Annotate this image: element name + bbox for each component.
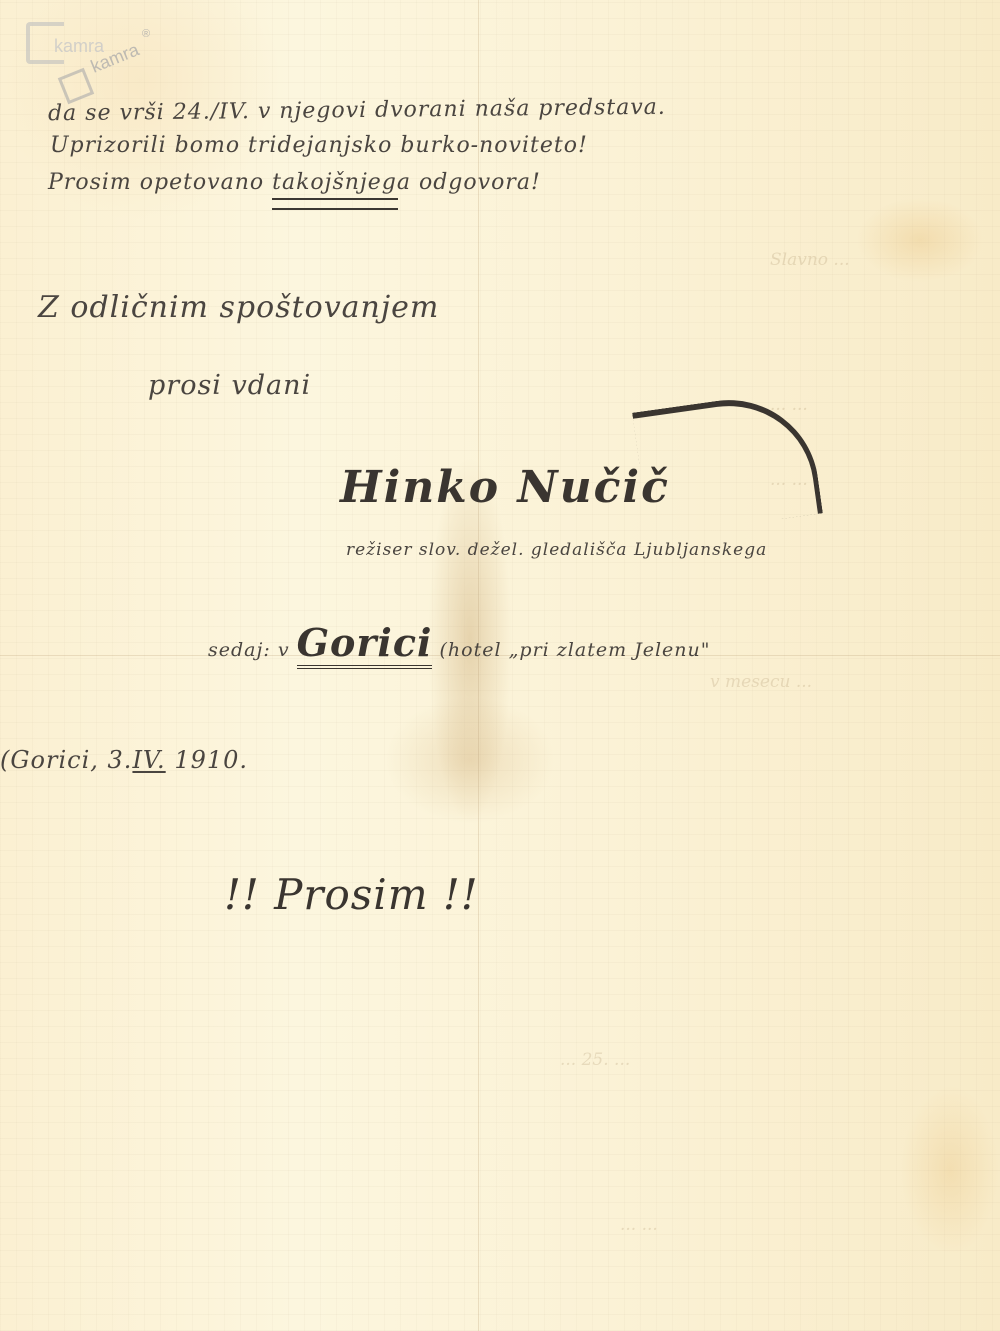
- vertical-fold-line: [478, 0, 479, 1331]
- bleed-through-text: v mesecu ...: [710, 672, 812, 692]
- bleed-through-text: ... 25. ...: [560, 1050, 630, 1070]
- letter-page: Slavno ... ... ... ... ... v mesecu ... …: [0, 0, 1000, 1331]
- postscript: !! Prosim !!: [224, 870, 479, 919]
- letter-line-3: Prosim opetovano takojšnjega odgovora!: [48, 170, 541, 195]
- address-prefix: sedaj: v: [208, 639, 290, 661]
- graph-paper-grid: [0, 0, 1000, 1331]
- double-underline: [272, 198, 398, 210]
- signer-title: režiser slov. dežel. gledališča Ljubljan…: [346, 540, 767, 560]
- address-city: Gorici: [297, 620, 433, 669]
- date-month: IV.: [132, 746, 165, 774]
- date-year: 1910.: [174, 746, 248, 774]
- closing-salutation: Z odličnim spoštovanjem: [38, 290, 439, 325]
- address-hotel: (hotel „pri zlatem Jelenu": [439, 639, 710, 661]
- place: (Gorici,: [0, 746, 99, 774]
- date-day: 3.: [108, 746, 133, 774]
- registered-mark: ®: [142, 28, 150, 40]
- bleed-through-text: Slavno ...: [770, 250, 850, 270]
- cube-logo-icon: [58, 68, 94, 104]
- closing-salutation-2: prosi vdani: [148, 370, 311, 401]
- signature: Hinko Nučič: [340, 462, 670, 513]
- kamra-watermark: kamra ® kamra: [12, 10, 152, 100]
- place-and-date: (Gorici, 3.IV. 1910.: [0, 746, 248, 774]
- bleed-through-text: ... ...: [770, 395, 808, 415]
- letter-line-2: Uprizorili bomo tridejanjsko burko-novit…: [50, 133, 588, 158]
- current-address: sedaj: v Gorici (hotel „pri zlatem Jelen…: [208, 620, 711, 665]
- bleed-through-text: ... ...: [620, 1215, 658, 1235]
